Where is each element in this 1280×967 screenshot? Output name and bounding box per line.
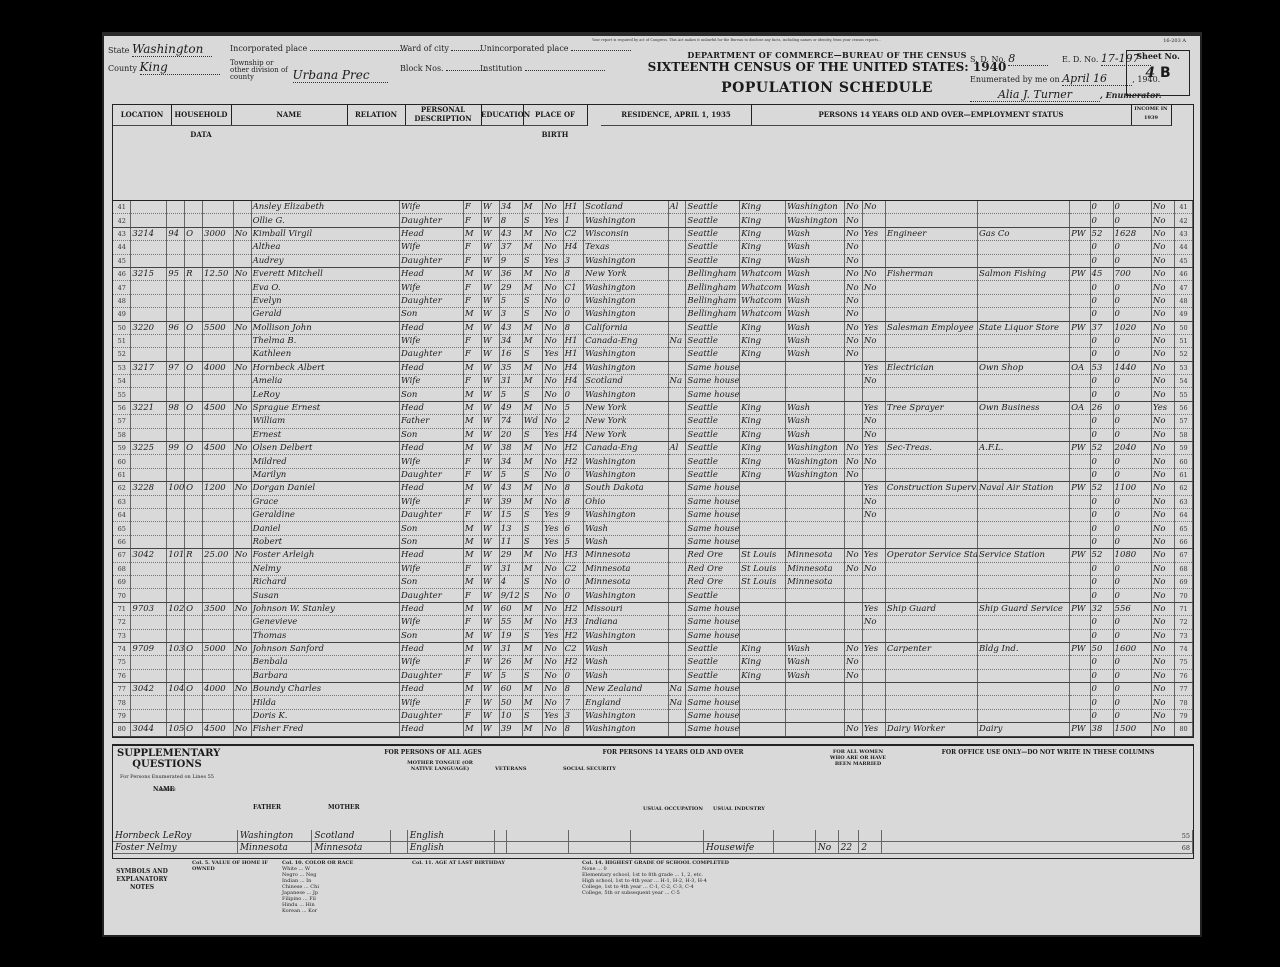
cell-value	[203, 428, 234, 441]
cell-own	[185, 669, 203, 682]
cell-num: 100	[167, 482, 185, 495]
cell-value	[203, 696, 234, 709]
cell-rel: Wife	[399, 201, 463, 214]
cell-name: Nelmy	[251, 562, 399, 575]
cell-name: Hilda	[251, 696, 399, 709]
cell-state: Minnesota	[786, 575, 845, 588]
cell-age: 19	[499, 629, 522, 642]
cell-wks: 52	[1090, 549, 1113, 562]
cell-age: 13	[499, 522, 522, 535]
cell-work: Yes	[862, 401, 885, 414]
cell-house	[131, 522, 167, 535]
cell-ind	[978, 696, 1070, 709]
cell-name: Boundy Charles	[251, 683, 399, 696]
cell-cit	[668, 241, 686, 254]
cell-city: Same house	[686, 616, 740, 629]
cell-birth: Wisconsin	[584, 227, 668, 240]
cell-rel: Wife	[399, 696, 463, 709]
cell-inc: 1600	[1113, 642, 1151, 655]
cell-oth: No	[1151, 656, 1174, 669]
cell-birth: Washington	[584, 294, 668, 307]
cell-line: 68	[113, 562, 131, 575]
cell-line: 59	[113, 442, 131, 455]
cell-ind: Bldg Ind.	[978, 642, 1070, 655]
cell-oth: No	[1151, 709, 1174, 722]
supp-cell-children: 2	[859, 842, 882, 854]
supp-cell-empty	[631, 842, 704, 854]
cell-name: Sprague Ernest	[251, 401, 399, 414]
cell-num	[167, 375, 185, 388]
cell-farm	[233, 616, 251, 629]
cell-grade: H1	[563, 348, 583, 361]
cell-num	[167, 214, 185, 227]
cell-line: 42	[113, 214, 131, 227]
cell-rel: Head	[399, 442, 463, 455]
cell-ms: M	[522, 656, 542, 669]
cell-farm: No	[233, 442, 251, 455]
cell-line: 73	[113, 629, 131, 642]
cell-inc: 0	[1113, 415, 1151, 428]
group-personal: PERSONAL DESCRIPTION	[405, 105, 482, 126]
cell-state: Washington	[786, 214, 845, 227]
cell-line: 80	[113, 723, 131, 736]
table-row: 59322599O4500NoOlsen DelbertHeadMW38MNoH…	[113, 442, 1193, 455]
supp-cell-line: 68	[882, 842, 1193, 854]
cell-state	[786, 602, 845, 615]
cell-grade: 7	[563, 696, 583, 709]
cell-farm35	[845, 629, 863, 642]
cell-ms: S	[522, 294, 542, 307]
cell-inc: 0	[1113, 468, 1151, 481]
cell-farm: No	[233, 267, 251, 280]
cell-work	[862, 294, 885, 307]
cell-rel: Daughter	[399, 294, 463, 307]
cell-work	[862, 683, 885, 696]
block-field: Block Nos.	[400, 64, 486, 73]
cell-state: Wash	[786, 415, 845, 428]
cell-birth: New York	[584, 267, 668, 280]
cell-race: W	[481, 616, 499, 629]
cell-wks: 0	[1090, 589, 1113, 602]
institution-label: Institution	[480, 64, 522, 73]
cell-line: 47	[113, 281, 131, 294]
cell-cls	[1070, 508, 1090, 521]
cell-farm	[233, 415, 251, 428]
cell-sch: No	[543, 723, 563, 736]
cell-grade: 8	[563, 495, 583, 508]
cell-house	[131, 308, 167, 321]
cell-occ	[885, 616, 977, 629]
cell-wks: 0	[1090, 388, 1113, 401]
cell-ms: S	[522, 522, 542, 535]
table-row: 44AltheaWifeFW37MNoH4TexasSeattleKingWas…	[113, 241, 1193, 254]
sheet-number: 4	[1145, 65, 1155, 81]
cell-city: Bellingham	[686, 267, 740, 280]
table-row: 78HildaWifeFW50MNo7EnglandNaSame house00…	[113, 696, 1193, 709]
cell-city: Same house	[686, 495, 740, 508]
cell-cls	[1070, 535, 1090, 548]
cell-wks: 0	[1090, 428, 1113, 441]
cell-ind: State Liquor Store	[978, 321, 1070, 334]
cell-oth: No	[1151, 549, 1174, 562]
cell-cit	[668, 214, 686, 227]
cell-cls	[1070, 589, 1090, 602]
cell-cls	[1070, 415, 1090, 428]
cell-sex: M	[463, 442, 481, 455]
cell-own	[185, 629, 203, 642]
cell-state: Washington	[786, 442, 845, 455]
cell-house	[131, 254, 167, 267]
table-row: 45AudreyDaughterFW9SYes3WashingtonSeattl…	[113, 254, 1193, 267]
cell-num	[167, 334, 185, 347]
cell-county: King	[740, 348, 786, 361]
supp-tongue-header: MOTHER TONGUE (OR NATIVE LANGUAGE)	[405, 760, 475, 772]
cell-work	[862, 214, 885, 227]
cell-line: 45	[113, 254, 131, 267]
cell-work: No	[862, 334, 885, 347]
cell-cit	[668, 549, 686, 562]
cell-occ	[885, 589, 977, 602]
county-value: King	[140, 60, 220, 75]
enumerated-date: April 16	[1062, 72, 1132, 86]
race-code: Korean ... Kor	[282, 908, 402, 914]
cell-occ	[885, 294, 977, 307]
cell-name: Ollie G.	[251, 214, 399, 227]
cell-county: King	[740, 254, 786, 267]
cell-cit: Al	[668, 201, 686, 214]
cell-age: 31	[499, 562, 522, 575]
cell-grade: 0	[563, 468, 583, 481]
table-row: 53321797O4000NoHornbeck AlbertHeadMW35MN…	[113, 361, 1193, 374]
cell-inc: 556	[1113, 602, 1151, 615]
cell-house	[131, 656, 167, 669]
cell-own	[185, 495, 203, 508]
cell-line: 55	[1174, 388, 1192, 401]
population-table: LOCATION HOUSEHOLD DATA NAME RELATION PE…	[112, 104, 1194, 738]
cell-house: 3228	[131, 482, 167, 495]
cell-ms: S	[522, 629, 542, 642]
cell-occ	[885, 696, 977, 709]
cell-farm35: No	[845, 294, 863, 307]
cell-num	[167, 669, 185, 682]
cell-line: 48	[1174, 294, 1192, 307]
cell-farm35	[845, 375, 863, 388]
cell-age: 31	[499, 375, 522, 388]
cell-ms: M	[522, 616, 542, 629]
cell-num: 105	[167, 723, 185, 736]
cell-work	[862, 254, 885, 267]
cell-rel: Daughter	[399, 709, 463, 722]
cell-cls	[1070, 254, 1090, 267]
supplementary-row: Hornbeck LeRoyWashingtonScotlandEnglish5…	[113, 830, 1193, 842]
cell-state: Wash	[786, 334, 845, 347]
cell-ind: A.F.L.	[978, 442, 1070, 455]
cell-county	[740, 723, 786, 736]
cell-ind	[978, 428, 1070, 441]
cell-birth: New Zealand	[584, 683, 668, 696]
cell-name: Geraldine	[251, 508, 399, 521]
cell-birth: Canada-Eng	[584, 442, 668, 455]
cell-name: Grace	[251, 495, 399, 508]
cell-line: 57	[1174, 415, 1192, 428]
cell-farm35	[845, 589, 863, 602]
cell-birth: New York	[584, 415, 668, 428]
cell-cls	[1070, 669, 1090, 682]
cell-name: Johnson W. Stanley	[251, 602, 399, 615]
cell-farm	[233, 629, 251, 642]
cell-grade: H3	[563, 549, 583, 562]
cell-grade: H1	[563, 334, 583, 347]
cell-birth: Washington	[584, 214, 668, 227]
supp-veterans-header: VETERANS	[495, 766, 526, 772]
table-row: 50322096O5500NoMollison JohnHeadMW43MNo8…	[113, 321, 1193, 334]
cell-oth: No	[1151, 683, 1174, 696]
cell-num	[167, 254, 185, 267]
supp-cell-empty	[774, 830, 815, 842]
cell-sch: No	[543, 696, 563, 709]
cell-ind	[978, 348, 1070, 361]
cell-inc: 0	[1113, 201, 1151, 214]
cell-work: No	[862, 455, 885, 468]
cell-value	[203, 254, 234, 267]
cell-name: Olsen Delbert	[251, 442, 399, 455]
cell-wks: 0	[1090, 495, 1113, 508]
note-col5-title: Col. 5. VALUE OF HOME IF OWNED	[192, 860, 268, 872]
cell-rel: Wife	[399, 562, 463, 575]
table-row: 51Thelma B.WifeFW34MNoH1Canada-EngNaSeat…	[113, 334, 1193, 347]
cell-state	[786, 522, 845, 535]
cell-birth: Wash	[584, 656, 668, 669]
cell-value	[203, 294, 234, 307]
cell-county: St Louis	[740, 575, 786, 588]
cell-birth: Washington	[584, 348, 668, 361]
cell-oth: No	[1151, 723, 1174, 736]
cell-occ	[885, 656, 977, 669]
cell-line: 64	[113, 508, 131, 521]
notes-title: SYMBOLS AND EXPLANATORY NOTES	[112, 868, 172, 892]
cell-house	[131, 669, 167, 682]
group-residence-1935: RESIDENCE, APRIL 1, 1935	[601, 105, 752, 126]
table-row: 719703102O3500NoJohnson W. StanleyHeadMW…	[113, 602, 1193, 615]
cell-birth: Scotland	[584, 201, 668, 214]
cell-oth: No	[1151, 696, 1174, 709]
cell-county	[740, 522, 786, 535]
cell-grade: 2	[563, 415, 583, 428]
cell-cit	[668, 656, 686, 669]
cell-oth: No	[1151, 361, 1174, 374]
cell-inc: 0	[1113, 535, 1151, 548]
cell-wks: 52	[1090, 442, 1113, 455]
cell-name: Mildred	[251, 455, 399, 468]
cell-wks: 0	[1090, 281, 1113, 294]
cell-ms: M	[522, 361, 542, 374]
cell-county: King	[740, 201, 786, 214]
cell-line: 53	[113, 361, 131, 374]
cell-wks: 0	[1090, 455, 1113, 468]
cell-value	[203, 308, 234, 321]
cell-occ	[885, 348, 977, 361]
cell-name: Fisher Fred	[251, 723, 399, 736]
cell-rel: Son	[399, 535, 463, 548]
supp-cell-name: Foster Nelmy	[113, 842, 237, 854]
cell-ms: S	[522, 709, 542, 722]
cell-farm: No	[233, 549, 251, 562]
ward-label: Ward of city	[400, 44, 449, 53]
cell-farm35: No	[845, 723, 863, 736]
cell-name: Amelia	[251, 375, 399, 388]
cell-farm35	[845, 696, 863, 709]
cell-name: Dorgan Daniel	[251, 482, 399, 495]
cell-work: Yes	[862, 549, 885, 562]
cell-farm35	[845, 495, 863, 508]
cell-birth: Texas	[584, 241, 668, 254]
cell-grade: H4	[563, 241, 583, 254]
cell-inc: 0	[1113, 348, 1151, 361]
cell-line: 64	[1174, 508, 1192, 521]
cell-own	[185, 522, 203, 535]
state-field: State Washington	[108, 42, 212, 57]
cell-value: 3000	[203, 227, 234, 240]
cell-age: 43	[499, 227, 522, 240]
cell-state: Wash	[786, 254, 845, 267]
cell-farm35	[845, 388, 863, 401]
over14-label: FOR PERSONS 14 YEARS OLD AND OVER	[533, 749, 813, 756]
cell-ind	[978, 415, 1070, 428]
cell-inc: 1020	[1113, 321, 1151, 334]
cell-line: 60	[113, 455, 131, 468]
cell-race: W	[481, 656, 499, 669]
cell-farm35: No	[845, 227, 863, 240]
cell-value	[203, 669, 234, 682]
supp-cell-children	[859, 830, 882, 842]
cell-cit	[668, 254, 686, 267]
table-row: 43321494O3000NoKimball VirgilHeadMW43MNo…	[113, 227, 1193, 240]
cell-oth: No	[1151, 241, 1174, 254]
cell-line: 70	[1174, 589, 1192, 602]
cell-work	[862, 696, 885, 709]
cell-line: 60	[1174, 455, 1192, 468]
cell-line: 80	[1174, 723, 1192, 736]
cell-work: Yes	[862, 361, 885, 374]
cell-line: 48	[113, 294, 131, 307]
incorporated-place-value	[310, 50, 405, 51]
cell-county: King	[740, 334, 786, 347]
cell-grade: 0	[563, 294, 583, 307]
sheet-label: Sheet No.	[1127, 51, 1189, 61]
cell-farm	[233, 495, 251, 508]
table-row: 70SusanDaughterFW9/12SNo0WashingtonSeatt…	[113, 589, 1193, 602]
cell-cls	[1070, 294, 1090, 307]
cell-city: Same house	[686, 723, 740, 736]
cell-grade: C2	[563, 227, 583, 240]
unincorporated-value	[571, 50, 631, 51]
cell-inc: 1628	[1113, 227, 1151, 240]
cell-line: 52	[1174, 348, 1192, 361]
cell-farm35: No	[845, 348, 863, 361]
township-value: Urbana Prec	[293, 68, 388, 83]
cell-wks: 0	[1090, 656, 1113, 669]
supp-name-header: NAME	[153, 786, 174, 793]
cell-farm	[233, 562, 251, 575]
cell-line: 77	[113, 683, 131, 696]
cell-cls	[1070, 468, 1090, 481]
cell-occ	[885, 522, 977, 535]
cell-rel: Head	[399, 361, 463, 374]
note-col11: Col. 11. AGE AT LAST BIRTHDAY	[412, 860, 562, 866]
cell-house	[131, 375, 167, 388]
cell-own	[185, 709, 203, 722]
cell-occ	[885, 254, 977, 267]
cell-birth: New York	[584, 428, 668, 441]
cell-num: 98	[167, 401, 185, 414]
cell-own	[185, 589, 203, 602]
cell-ms: M	[522, 482, 542, 495]
incorporated-place-field: Incorporated place	[230, 44, 405, 53]
cell-age: 34	[499, 201, 522, 214]
block-label: Block Nos.	[400, 64, 444, 73]
cell-occ: Dairy Worker	[885, 723, 977, 736]
cell-line: 79	[1174, 709, 1192, 722]
enumerated-label: Enumerated by me on	[970, 75, 1060, 84]
cell-county: King	[740, 656, 786, 669]
school-code: College, 5th or subsequent year ... C-5	[582, 890, 732, 896]
cell-oth: No	[1151, 294, 1174, 307]
cell-wks: 52	[1090, 227, 1113, 240]
supp-cell-occupation: Housewife	[703, 842, 773, 854]
cell-oth: Yes	[1151, 401, 1174, 414]
race-code-list: White ... WNegro ... NegIndian ... InChi…	[282, 866, 402, 914]
cell-state: Wash	[786, 321, 845, 334]
cell-own	[185, 388, 203, 401]
cell-house	[131, 562, 167, 575]
cell-rel: Head	[399, 723, 463, 736]
cell-house	[131, 696, 167, 709]
cell-name: Thomas	[251, 629, 399, 642]
cell-own	[185, 334, 203, 347]
cell-county: King	[740, 321, 786, 334]
cell-sex: F	[463, 281, 481, 294]
cell-oth: No	[1151, 348, 1174, 361]
cell-inc: 0	[1113, 709, 1151, 722]
cell-grade: 0	[563, 308, 583, 321]
cell-farm	[233, 455, 251, 468]
cell-birth: Minnesota	[584, 549, 668, 562]
table-row: 63GraceWifeFW39MNo8OhioSame houseNo00No6…	[113, 495, 1193, 508]
cell-age: 4	[499, 575, 522, 588]
cell-rel: Daughter	[399, 669, 463, 682]
cell-birth: Washington	[584, 709, 668, 722]
cell-wks: 0	[1090, 415, 1113, 428]
cell-birth: Washington	[584, 468, 668, 481]
cell-work	[862, 656, 885, 669]
cell-ms: S	[522, 388, 542, 401]
cell-inc: 1500	[1113, 723, 1151, 736]
cell-sex: M	[463, 642, 481, 655]
cell-ms: M	[522, 241, 542, 254]
cell-work	[862, 589, 885, 602]
cell-inc: 0	[1113, 656, 1151, 669]
cell-house	[131, 214, 167, 227]
cell-line: 63	[1174, 495, 1192, 508]
cell-age: 9/12	[499, 589, 522, 602]
cell-age: 3	[499, 308, 522, 321]
cell-county: King	[740, 455, 786, 468]
cell-ms: S	[522, 254, 542, 267]
table-row: 623228100O1200NoDorgan DanielHeadMW43MNo…	[113, 482, 1193, 495]
cell-num: 103	[167, 642, 185, 655]
cell-own	[185, 575, 203, 588]
table-row: 68NelmyWifeFW31MNoC2MinnesotaRed OreSt L…	[113, 562, 1193, 575]
